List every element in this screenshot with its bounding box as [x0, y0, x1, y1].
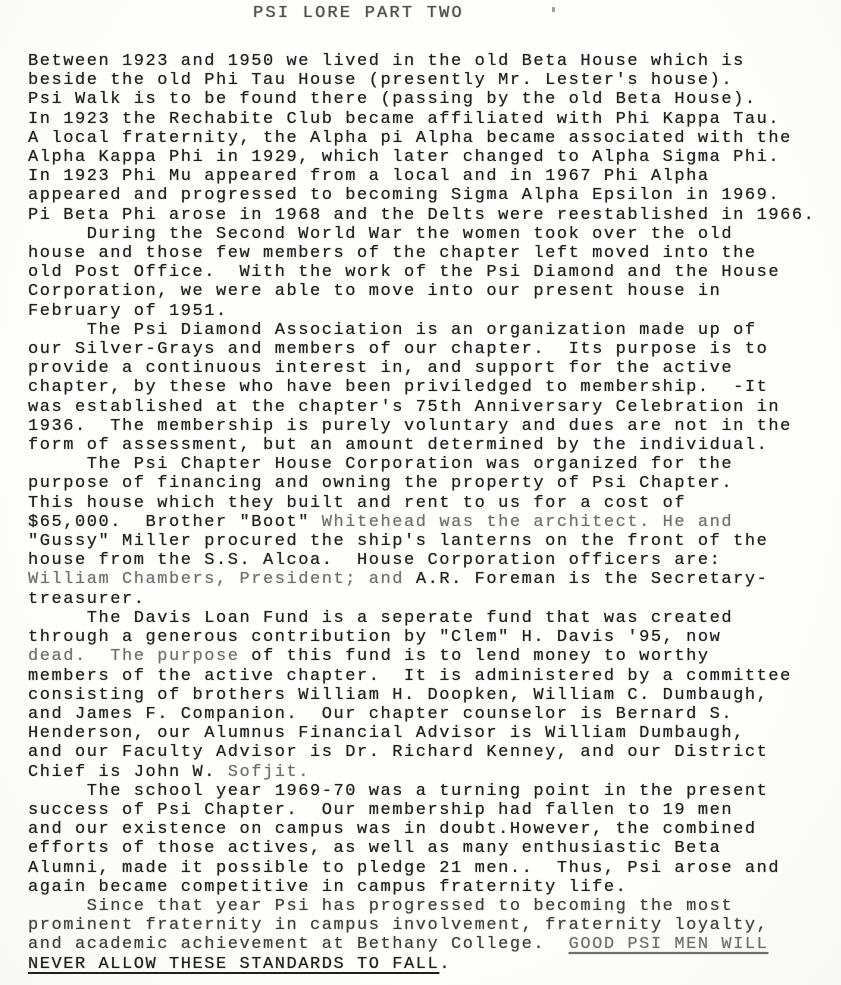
text-segment: was established at the chapter's 75th An… — [28, 398, 780, 417]
text-segment: prominent fraternity in campus involveme… — [28, 916, 768, 935]
text-segment: "Gussy" Miller procured the ship's lante… — [28, 532, 768, 551]
scanned-document-page: PSI LORE PART TWO Between 1923 and 1950 … — [0, 0, 841, 985]
text-segment: beside the old Phi Tau House (presently … — [28, 71, 733, 90]
text-line: Chief is John W. Sofjit. — [28, 763, 828, 782]
text-segment: 1936. The membership is purely voluntary… — [28, 417, 792, 436]
text-line: February of 1951. — [28, 302, 828, 321]
text-line: appeared and progressed to becoming Sigm… — [28, 186, 828, 205]
text-line: chapter, by these who have been priviled… — [28, 378, 828, 397]
text-segment: Pi Beta Phi arose in 1968 and the Delts … — [28, 206, 815, 225]
text-line: The Psi Chapter House Corporation was or… — [28, 455, 828, 474]
text-segment: purpose of financing and owning the prop… — [28, 474, 733, 493]
text-segment: A local fraternity, the Alpha pi Alpha b… — [28, 129, 792, 148]
text-line: our Silver-Grays and members of our chap… — [28, 340, 828, 359]
text-line: consisting of brothers William H. Doopke… — [28, 686, 828, 705]
text-line: house from the S.S. Alcoa. House Corpora… — [28, 551, 828, 570]
text-segment: The school year 1969-70 was a turning po… — [28, 782, 768, 801]
text-line: This house which they built and rent to … — [28, 494, 828, 513]
text-line: prominent fraternity in campus involveme… — [28, 916, 828, 935]
text-segment: In 1923 the Rechabite Club became affili… — [28, 110, 780, 129]
text-line: In 1923 the Rechabite Club became affili… — [28, 110, 828, 129]
text-line: During the Second World War the women to… — [28, 225, 828, 244]
text-line: NEVER ALLOW THESE STANDARDS TO FALL. — [28, 955, 828, 974]
text-segment: In 1923 Phi Mu appeared from a local and… — [28, 167, 710, 186]
text-line: Corporation, we were able to move into o… — [28, 282, 828, 301]
text-segment: The Psi Chapter House Corporation was or… — [28, 455, 733, 474]
text-segment: Corporation, we were able to move into o… — [28, 282, 721, 301]
scan-artifact — [552, 7, 555, 12]
text-segment: and our Faculty Advisor is Dr. Richard K… — [28, 743, 768, 762]
text-line: A local fraternity, the Alpha pi Alpha b… — [28, 129, 828, 148]
underlined-text-segment: GOOD PSI MEN WILL — [569, 935, 769, 954]
text-line: $65,000. Brother "Boot" Whitehead was th… — [28, 513, 828, 532]
text-segment: Psi Walk is to be found there (passing b… — [28, 90, 757, 109]
text-segment: $65,000. Brother "Boot" — [28, 513, 322, 532]
text-segment: Sofjit. — [228, 763, 310, 782]
text-segment: of this fund is to lend money to worthy — [251, 647, 709, 666]
text-line: and academic achievement at Bethany Coll… — [28, 935, 828, 954]
text-segment: chapter, by these who have been priviled… — [28, 378, 768, 397]
text-line: Psi Walk is to be found there (passing b… — [28, 90, 828, 109]
text-line: Henderson, our Alumnus Financial Advisor… — [28, 724, 828, 743]
text-line: and our Faculty Advisor is Dr. Richard K… — [28, 743, 828, 762]
text-segment: consisting of brothers William H. Doopke… — [28, 686, 768, 705]
text-line: purpose of financing and owning the prop… — [28, 474, 828, 493]
text-line: 1936. The membership is purely voluntary… — [28, 417, 828, 436]
text-segment: house and those few members of the chapt… — [28, 244, 757, 263]
text-segment: form of assessment, but an amount determ… — [28, 436, 768, 455]
underlined-text-segment: NEVER ALLOW THESE STANDARDS TO FALL — [28, 955, 439, 974]
text-line: William Chambers, President; and A.R. Fo… — [28, 570, 828, 589]
text-segment: . — [439, 955, 451, 974]
text-segment: Since that year Psi has progressed to be… — [28, 897, 733, 916]
text-line: members of the active chapter. It is adm… — [28, 667, 828, 686]
text-segment: house from the S.S. Alcoa. House Corpora… — [28, 551, 721, 570]
page-title: PSI LORE PART TWO — [253, 4, 464, 23]
text-segment: Henderson, our Alumnus Financial Advisor… — [28, 724, 745, 743]
text-line: through a generous contribution by "Clem… — [28, 628, 828, 647]
text-segment: and our existence on campus was in doubt… — [28, 820, 757, 839]
text-segment: Between 1923 and 1950 we lived in the ol… — [28, 52, 745, 71]
text-segment: again became competitive in campus frate… — [28, 878, 627, 897]
text-segment: success of Psi Chapter. Our membership h… — [28, 801, 733, 820]
text-line: treasurer. — [28, 590, 828, 609]
text-segment: Whitehead was the architect. He and — [322, 513, 733, 532]
text-line: dead. The purpose of this fund is to len… — [28, 647, 828, 666]
text-line: house and those few members of the chapt… — [28, 244, 828, 263]
text-segment: and academic achievement at Bethany Coll… — [28, 935, 569, 954]
text-segment: old Post Office. With the work of the Ps… — [28, 263, 780, 282]
text-line: was established at the chapter's 75th An… — [28, 398, 828, 417]
text-segment: William Chambers, President; and — [28, 570, 416, 589]
text-line: Since that year Psi has progressed to be… — [28, 897, 828, 916]
text-segment: Alumni, made it possible to pledge 21 me… — [28, 859, 780, 878]
text-line: "Gussy" Miller procured the ship's lante… — [28, 532, 828, 551]
text-line: form of assessment, but an amount determ… — [28, 436, 828, 455]
text-segment: members of the active chapter. It is adm… — [28, 667, 792, 686]
text-segment: treasurer. — [28, 590, 146, 609]
text-segment: provide a continuous interest in, and su… — [28, 359, 733, 378]
text-segment: The Psi Diamond Association is an organi… — [28, 321, 757, 340]
text-segment: dead. The purpose — [28, 647, 251, 666]
text-segment: and James F. Companion. Our chapter coun… — [28, 705, 733, 724]
text-line: The Psi Diamond Association is an organi… — [28, 321, 828, 340]
text-segment: efforts of those actives, as well as man… — [28, 839, 721, 858]
text-segment: Chief is John W. — [28, 763, 228, 782]
text-line: In 1923 Phi Mu appeared from a local and… — [28, 167, 828, 186]
text-line: efforts of those actives, as well as man… — [28, 839, 828, 858]
text-segment: Alpha Kappa Phi in 1929, which later cha… — [28, 148, 780, 167]
text-line: old Post Office. With the work of the Ps… — [28, 263, 828, 282]
text-segment: our Silver-Grays and members of our chap… — [28, 340, 768, 359]
text-segment: February of 1951. — [28, 302, 228, 321]
text-line: The Davis Loan Fund is a seperate fund t… — [28, 609, 828, 628]
text-line: beside the old Phi Tau House (presently … — [28, 71, 828, 90]
text-line: provide a continuous interest in, and su… — [28, 359, 828, 378]
text-line: success of Psi Chapter. Our membership h… — [28, 801, 828, 820]
text-line: Pi Beta Phi arose in 1968 and the Delts … — [28, 206, 828, 225]
text-segment: through a generous contribution by "Clem… — [28, 628, 721, 647]
text-segment: During the Second World War the women to… — [28, 225, 733, 244]
text-line: Between 1923 and 1950 we lived in the ol… — [28, 52, 828, 71]
text-line: and our existence on campus was in doubt… — [28, 820, 828, 839]
text-segment: appeared and progressed to becoming Sigm… — [28, 186, 780, 205]
text-line: Alpha Kappa Phi in 1929, which later cha… — [28, 148, 828, 167]
text-segment: A.R. Foreman is the Secretary- — [416, 570, 769, 589]
text-line: Alumni, made it possible to pledge 21 me… — [28, 859, 828, 878]
text-segment: This house which they built and rent to … — [28, 494, 686, 513]
text-line: and James F. Companion. Our chapter coun… — [28, 705, 828, 724]
text-segment: The Davis Loan Fund is a seperate fund t… — [28, 609, 733, 628]
text-line: again became competitive in campus frate… — [28, 878, 828, 897]
document-body: Between 1923 and 1950 we lived in the ol… — [28, 52, 828, 974]
text-line: The school year 1969-70 was a turning po… — [28, 782, 828, 801]
